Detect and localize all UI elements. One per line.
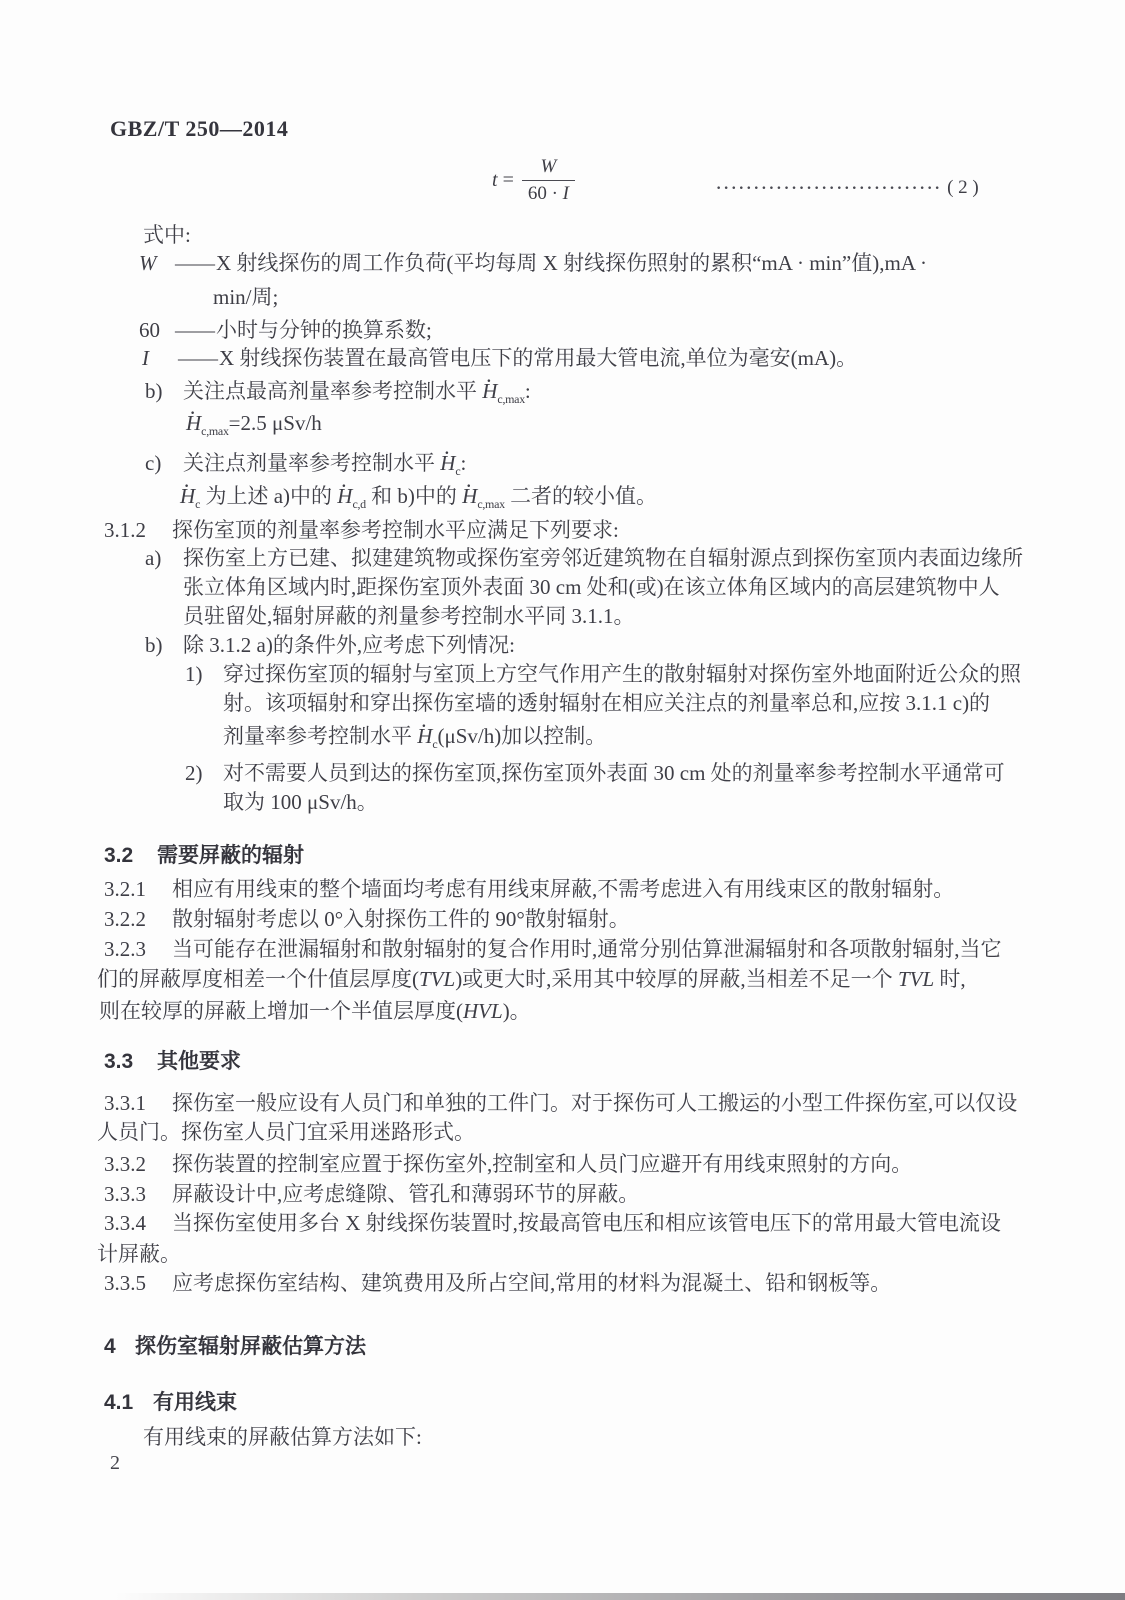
- item-marker: b): [145, 632, 183, 659]
- clause-number: 3.2.1: [104, 876, 172, 903]
- formula-value: =2.5 μSv/h: [229, 411, 322, 435]
- section-number: 3.3: [104, 1050, 157, 1074]
- def-symbol-w: W: [139, 250, 175, 277]
- section-4-1-heading: 4.1有用线束: [104, 1386, 237, 1416]
- eq-denominator: 60 · I: [522, 180, 575, 205]
- def-symbol-i: I: [142, 345, 178, 372]
- clause-3-2-3-line1: 3.2.3当可能存在泄漏辐射和散射辐射的复合作用时,通常分别估算泄漏辐射和各项散…: [104, 936, 1002, 963]
- clause-3-1-2-a-line2: 张立体角区域内时,距探伤室顶外表面 30 cm 处和(或)在该立体角区域内的高层…: [183, 574, 1000, 601]
- clause-3-3-3: 3.3.3屏蔽设计中,应考虑缝隙、管孔和薄弱环节的屏蔽。: [104, 1181, 639, 1208]
- section-number: 3.2: [104, 844, 157, 868]
- scan-edge-shadow: [115, 1593, 1125, 1600]
- eq-var-i: I: [563, 183, 569, 204]
- clause-number: 3.3.2: [104, 1151, 172, 1178]
- hdot-c: Hc: [440, 450, 460, 485]
- clause-3-3-1-line1: 3.3.1探伤室一般应设有人员门和单独的工件门。对于探伤可人工搬运的小型工件探伤…: [104, 1090, 1017, 1117]
- equation-fraction: W 60 · I: [522, 156, 575, 205]
- term-tvl: TVL: [419, 967, 455, 991]
- clause-3-3-4-line1: 3.3.4当探伤室使用多台 X 射线探伤装置时,按最高管电压和相应该管电压下的常…: [104, 1210, 1001, 1237]
- clause-number: 3.3.3: [104, 1181, 172, 1208]
- def-w-text: X 射线探伤的周工作负荷(平均每周 X 射线探伤照射的累积“mA · min”值…: [216, 251, 927, 275]
- clause-3-2-2: 3.2.2散射辐射考虑以 0°入射探伤工件的 90°散射辐射。: [104, 906, 630, 933]
- page-number: 2: [110, 1452, 120, 1475]
- clause-number: 3.1.2: [104, 517, 172, 544]
- hdot-c-max: Hc,max: [462, 483, 505, 518]
- equation-leader: ······························( 2 ): [716, 177, 979, 199]
- hdot-c-d: Hc,d: [337, 483, 366, 518]
- clause-4-1-intro: 有用线束的屏蔽估算方法如下:: [143, 1424, 422, 1451]
- term-tvl: TVL: [898, 967, 934, 991]
- standard-code: GBZ/T 250—2014: [110, 116, 288, 142]
- definition-i: I——X 射线探伤装置在最高管电压下的常用最大管电流,单位为毫安(mA)。: [142, 345, 857, 372]
- clause-3-3-2: 3.3.2探伤装置的控制室应置于探伤室外,控制室和人员门应避开有用线束照射的方向…: [104, 1151, 912, 1178]
- clause-number: 3.3.1: [104, 1090, 172, 1117]
- clause-3-1-2-a-line1: a)探伤室上方已建、拟建建筑物或探伤室旁邻近建筑物在自辐射源点到探伤室顶内表面边…: [145, 545, 1023, 572]
- item-marker: b): [145, 378, 183, 405]
- term-hvl: HVL: [463, 999, 503, 1023]
- hdot-c-max: Hc,max: [186, 410, 229, 445]
- definition-w: W——X 射线探伤的周工作负荷(平均每周 X 射线探伤照射的累积“mA · mi…: [139, 250, 927, 277]
- item-b-text: 关注点最高剂量率参考控制水平: [183, 379, 482, 403]
- hdot-c: Hc: [180, 483, 200, 518]
- item-marker: 2): [185, 760, 223, 787]
- def-symbol-60: 60: [139, 317, 175, 344]
- list-item-b: b)关注点最高剂量率参考控制水平 Hc,max:: [145, 378, 531, 413]
- section-title: 探伤室辐射屏蔽估算方法: [135, 1335, 366, 1358]
- clause-number: 3.3.4: [104, 1210, 172, 1237]
- def-dash: ——: [178, 346, 216, 370]
- def-dash: ——: [175, 251, 213, 275]
- hdot-c-max: Hc,max: [482, 378, 525, 413]
- hdot-c: Hc: [417, 723, 437, 758]
- clause-3-1-2-b1-line3: 剂量率参考控制水平 Hc(μSv/h)加以控制。: [223, 723, 606, 758]
- formula-hcmax: Hc,max=2.5 μSv/h: [186, 410, 322, 445]
- eq-var-t: t: [492, 169, 498, 191]
- def-dash: ——: [175, 318, 213, 342]
- clause-3-1-2-b2-line2: 取为 100 μSv/h。: [223, 789, 378, 816]
- clause-number: 3.3.5: [104, 1270, 172, 1297]
- equation-2: t = W 60 · I: [492, 156, 575, 205]
- clause-3-3-1-line2: 人员门。探伤室人员门宜采用迷路形式。: [97, 1119, 475, 1146]
- clause-3-2-3-line2: 们的屏蔽厚度相差一个什值层厚度(TVL)或更大时,采用其中较厚的屏蔽,当相差不足…: [97, 966, 966, 993]
- eq-den-constant: 60 ·: [528, 183, 563, 204]
- clause-3-1-2-b1-line1: 1)穿过探伤室顶的辐射与室顶上方空气作用产生的散射辐射对探伤室外地面附近公众的照: [185, 661, 1021, 688]
- item-marker: 1): [185, 661, 223, 688]
- clause-3-1-2: 3.1.2探伤室顶的剂量率参考控制水平应满足下列要求:: [104, 517, 619, 544]
- section-number: 4.1: [104, 1391, 153, 1415]
- leader-dots: ······························: [716, 180, 942, 197]
- section-3-3-heading: 3.3其他要求: [104, 1045, 241, 1075]
- clause-number: 3.2.2: [104, 906, 172, 933]
- definition-60: 60——小时与分钟的换算系数;: [139, 317, 432, 344]
- clause-3-1-2-a-line3: 员驻留处,辐射屏蔽的剂量参考控制水平同 3.1.1。: [183, 603, 635, 630]
- note-c: Hc 为上述 a)中的 Hc,d 和 b)中的 Hc,max 二者的较小值。: [180, 483, 657, 518]
- item-marker: a): [145, 545, 183, 572]
- eq-numerator: W: [529, 156, 569, 180]
- section-number: 4: [104, 1335, 135, 1359]
- document-page: GBZ/T 250—2014 t = W 60 · I ············…: [0, 0, 1125, 1600]
- eq-equals: =: [503, 169, 514, 191]
- clause-3-1-2-b: b)除 3.1.2 a)的条件外,应考虑下列情况:: [145, 632, 515, 659]
- item-c-text: 关注点剂量率参考控制水平: [183, 451, 440, 475]
- definition-w-cont: min/周;: [213, 284, 278, 311]
- equation-lhs: t =: [492, 169, 514, 192]
- clause-text: 探伤室顶的剂量率参考控制水平应满足下列要求:: [172, 518, 619, 542]
- clause-3-1-2-b2-line1: 2)对不需要人员到达的探伤室顶,探伤室顶外表面 30 cm 处的剂量率参考控制水…: [185, 760, 1005, 787]
- list-item-c: c)关注点剂量率参考控制水平 Hc:: [145, 450, 466, 485]
- clause-3-3-5: 3.3.5应考虑探伤室结构、建筑费用及所占空间,常用的材料为混凝土、铅和钢板等。: [104, 1270, 891, 1297]
- section-title: 需要屏蔽的辐射: [157, 844, 304, 867]
- section-title: 其他要求: [157, 1050, 241, 1073]
- clause-3-2-1: 3.2.1相应有用线束的整个墙面均考虑有用线束屏蔽,不需考虑进入有用线束区的散射…: [104, 876, 954, 903]
- equation-number: ( 2 ): [947, 177, 979, 198]
- where-label: 式中:: [143, 222, 191, 249]
- clause-3-1-2-b1-line2: 射。该项辐射和穿出探伤室墙的透射辐射在相应关注点的剂量率总和,应按 3.1.1 …: [223, 690, 990, 717]
- clause-3-2-3-line3: 则在较厚的屏蔽上增加一个半值层厚度(HVL)。: [99, 998, 531, 1025]
- clause-3-3-4-line2: 计屏蔽。: [97, 1241, 181, 1268]
- section-title: 有用线束: [153, 1391, 237, 1414]
- def-i-text: X 射线探伤装置在最高管电压下的常用最大管电流,单位为毫安(mA)。: [219, 346, 857, 370]
- section-4-heading: 4探伤室辐射屏蔽估算方法: [104, 1330, 366, 1360]
- eq-var-w: W: [541, 156, 557, 177]
- section-3-2-heading: 3.2需要屏蔽的辐射: [104, 839, 304, 869]
- item-marker: c): [145, 450, 183, 477]
- clause-number: 3.2.3: [104, 936, 172, 963]
- def-60-text: 小时与分钟的换算系数;: [216, 318, 432, 342]
